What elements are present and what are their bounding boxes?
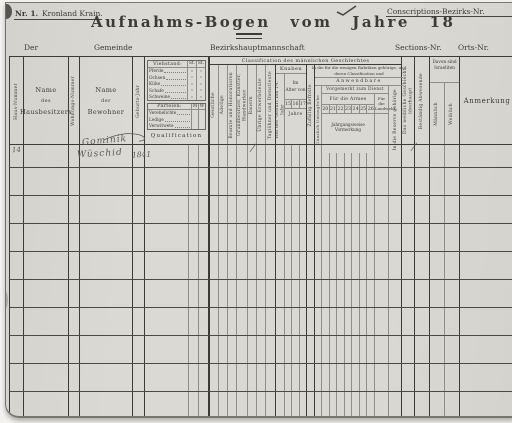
field-gemeinde: Gemeinde <box>94 43 132 52</box>
profession-label: Geistliche <box>211 92 216 118</box>
body-cell <box>430 145 444 417</box>
column-reserve: In die Reserve gehörige <box>388 86 403 417</box>
column-profession-3: Beamte und Honoratioren <box>228 65 237 417</box>
alter-von-label: Alter von <box>285 88 306 93</box>
knaben-birth-label: Von der Geburt bis 14. Jahr <box>276 76 284 144</box>
header-rule-left <box>14 19 102 20</box>
column-landwehr: Für die Landwehr <box>375 94 388 417</box>
age-cell: 25 <box>359 105 367 113</box>
hausbesitzer-line: Name <box>35 86 56 94</box>
body-cell <box>322 153 329 417</box>
column-profession-6: Übrige Erwerbsleute <box>257 65 266 417</box>
armee-row: Für die Armee 20212223242526 Jahrgangswe… <box>322 94 388 417</box>
vormerkung-main: Gänzlich Untaugliche Vorgemerkt zum Dien… <box>315 86 403 417</box>
viehstand-box-header: Viehstand: St. St. Pferde„„Ochsen„„Kühe„… <box>145 57 208 145</box>
body-cell <box>389 153 403 417</box>
abwesende-label: Beständig Abwesende <box>419 73 424 129</box>
wohnungs-nummer-body <box>69 145 79 417</box>
parteien-kind: Ledige <box>148 118 164 123</box>
age-cell: 26 <box>366 105 374 113</box>
body-cell <box>299 145 306 417</box>
reserve-header: In die Reserve gehörige <box>389 86 403 153</box>
body-cell <box>257 145 265 417</box>
viehstand-value: „ <box>187 94 196 100</box>
israeliten-main: Männlich Weiblich <box>430 83 459 417</box>
profession-header: Beamte und Honoratioren <box>228 65 236 145</box>
field-orts-nr: Orts-Nr. <box>458 43 489 52</box>
maennlich-header: Männlich <box>430 83 444 145</box>
weiblich-sub-header: Weiblich <box>445 83 459 145</box>
column-befreite: Zufällig Befreite <box>306 65 315 417</box>
handwriting-flourish <box>102 130 150 144</box>
field-bezirkshauptmannschaft: Bezirkshauptmannschaft <box>210 43 305 52</box>
israeliten-group: Davon sind Israeliten Männlich Weiblich <box>430 57 460 417</box>
armee-body <box>322 153 374 417</box>
weiblich-sub-label: Weiblich <box>449 103 454 125</box>
bewohner-body <box>80 145 132 417</box>
body-cell <box>460 145 512 417</box>
column-geburts-jahr: Geburts-Jahr <box>133 57 145 417</box>
form-title: Aufnahms-Bogen vom Jahre 18 <box>91 13 426 31</box>
body-cell <box>375 114 388 417</box>
qualification-label: Qualification <box>145 130 208 142</box>
profession-label: Beamte und Honoratioren <box>229 72 234 139</box>
body-cell <box>366 153 374 417</box>
viehstand-animal: Ochsen <box>148 76 165 81</box>
column-hausbesitzer: Name des Hausbesitzers <box>24 57 69 417</box>
im-label: Im <box>285 81 306 86</box>
viehstand-value: „ <box>196 94 205 100</box>
handwritten-haus-nr: 14 <box>12 146 21 155</box>
field-sections-nr: Sections-Nr. <box>395 43 442 52</box>
body-cell <box>359 153 367 417</box>
befreite-header: Zufällig Befreite <box>307 65 314 145</box>
israeliten-title: Davon sind Israeliten <box>430 57 459 83</box>
classification-title: Classification des männlichen Geschlecht… <box>210 57 401 65</box>
profession-label: Bauern <box>249 96 254 114</box>
dotted-leader <box>171 98 186 99</box>
sheet-number: Nr. 1. <box>15 9 38 18</box>
body-cell <box>307 145 314 417</box>
knaben-main: Von der Geburt bis 14. Jahr Im Alter von… <box>276 74 306 417</box>
profession-header: Bauern <box>248 65 256 145</box>
jahre-label: Jahre <box>285 109 306 145</box>
body-cell <box>276 145 284 417</box>
vormerkung-header: In die für die wenigen Rubriken gehörige… <box>315 65 403 78</box>
dotted-leader <box>166 79 186 80</box>
age-cell: 20 <box>322 105 329 113</box>
body-cell <box>415 145 429 417</box>
body-cell <box>145 145 188 417</box>
untaugliche-header: Gänzlich Untaugliche <box>315 86 321 153</box>
profession-header: Grundbesitzer, Künstler, Handwerker <box>237 65 247 145</box>
table-columns: Haus-Nummer Name des Hausbesitzers Wohnu… <box>10 57 512 417</box>
jahrgang-label: Jahrgangsweise Vormerkung <box>322 114 374 153</box>
parteien-table: Parteien: M W VerehelichteLedigeVerwitwe… <box>147 103 206 130</box>
column-profession-4: Grundbesitzer, Künstler, Handwerker <box>237 65 248 417</box>
age-cell: 22 <box>336 105 344 113</box>
column-viehstand-box: Viehstand: St. St. Pferde„„Ochsen„„Kühe„… <box>145 57 209 417</box>
dotted-leader <box>164 72 186 73</box>
viehstand-animal: Schweine <box>148 95 170 100</box>
haus-nummer-label: Haus-Nummer <box>14 83 19 120</box>
viehstand-rows: Pferde„„Ochsen„„Kühe„„Schafe„„Schweine„„ <box>148 68 205 100</box>
profession-header: Adelige <box>219 65 227 145</box>
viehstand-animal: Kühe <box>148 82 160 87</box>
scan-artifact <box>5 4 12 19</box>
knaben-birth-column: Von der Geburt bis 14. Jahr <box>276 74 285 417</box>
classification-body: GeistlicheAdeligeBeamte und Honoratioren… <box>210 65 401 417</box>
im-alter-von: Im Alter von <box>285 74 306 100</box>
vormerkung-line: deren Classification und <box>334 71 383 77</box>
parteien-rows: VerehelichteLedigeVerwitwete <box>148 110 205 129</box>
parteien-title: Parteien: <box>148 104 191 109</box>
profession-label: Übrige Erwerbsleute <box>258 78 263 132</box>
abwesende-header: Beständig Abwesende <box>415 57 429 145</box>
column-untaugliche: Gänzlich Untaugliche <box>315 86 322 417</box>
age-cell: 23 <box>344 105 352 113</box>
wohnungs-nummer-label: Wohnungs-Nummer <box>71 76 76 126</box>
bewohner-line: Bewohner <box>88 108 125 116</box>
landwehr-line: Landwehr <box>375 106 388 111</box>
age-cell: 16 <box>291 100 298 108</box>
hausbesitzer-line: Hausbesitzers <box>20 108 72 116</box>
body-cell <box>329 153 337 417</box>
anmerkung-header: Anmerkung <box>460 57 512 145</box>
classification-group: Classification des männlichen Geschlecht… <box>209 57 402 417</box>
column-bewohner: Name der Bewohner <box>80 57 133 417</box>
knaben-ages-column: Im Alter von 151617 Jahre <box>285 74 306 417</box>
handwritten-birth-year: 1841 <box>132 150 152 160</box>
column-profession-1: Geistliche <box>210 65 219 417</box>
dotted-leader <box>165 121 190 122</box>
dotted-leader <box>165 92 186 93</box>
parteien-kind: Verehelichte <box>148 111 176 116</box>
viehstand-animal: Pferde <box>148 69 163 74</box>
bewohner-line: Name <box>95 86 116 94</box>
column-profession-2: Adelige <box>219 65 228 417</box>
parteien-col-header: M <box>191 104 198 109</box>
haus-nummer-body <box>10 145 23 417</box>
parteien-kind: Verwitwete <box>148 124 174 129</box>
scanned-document: Nr. 1. Kronland Krain. Conscriptions-Bez… <box>0 0 512 423</box>
geburts-jahr-body <box>133 145 144 417</box>
parteien-value <box>191 123 198 129</box>
scan-artifact <box>5 291 8 309</box>
body-cell <box>228 145 236 417</box>
column-profession-5: Bauern <box>248 65 257 417</box>
parteien-col-header: W <box>198 104 205 109</box>
column-anmerkung: Anmerkung <box>460 57 512 417</box>
body-cell <box>344 153 352 417</box>
anwendbare-label: Anwendbare <box>315 78 403 86</box>
knaben-birth-header: Von der Geburt bis 14. Jahr <box>276 74 284 145</box>
age-cell: 17 <box>299 100 306 108</box>
field-der: Der <box>24 43 38 52</box>
profession-label: Adelige <box>220 95 225 114</box>
profession-header: Taglöhner und Dienstleute <box>266 65 275 145</box>
knaben-ages-row: 151617 <box>285 100 306 109</box>
age-cell: 21 <box>329 105 337 113</box>
reserve-label: In die Reserve gehörige <box>393 89 398 151</box>
body-cell <box>248 145 256 417</box>
body-cell <box>336 153 344 417</box>
viehstand-table: Viehstand: St. St. Pferde„„Ochsen„„Kühe„… <box>147 60 206 101</box>
knaben-body <box>285 145 306 417</box>
viehstand-col-header: St. <box>196 61 205 67</box>
column-wohnungs-nummer: Wohnungs-Nummer <box>69 57 80 417</box>
column-armee: Für die Armee 20212223242526 Jahrgangswe… <box>322 94 375 417</box>
hausbesitzer-header: Name des Hausbesitzers <box>24 57 68 145</box>
profession-label: Grundbesitzer, Künstler, Handwerker <box>237 67 248 143</box>
profession-header: Geistliche <box>210 65 218 145</box>
dotted-leader <box>161 85 186 86</box>
knaben-title: Knaben <box>276 65 306 74</box>
age-cell: 24 <box>351 105 359 113</box>
title-rule <box>236 33 262 39</box>
haus-nummer-header: Haus-Nummer <box>10 57 23 145</box>
parteien-value <box>198 123 205 129</box>
viehstand-col-header: St. <box>187 61 196 67</box>
body-cell <box>445 145 459 417</box>
bewohner-line: der <box>101 98 111 104</box>
wohnungs-nummer-header: Wohnungs-Nummer <box>69 57 79 145</box>
column-abwesende: Beständig Abwesende <box>415 57 430 417</box>
weiblich-label: Das weibliche Geschlecht überhaupt <box>403 60 414 142</box>
dotted-leader <box>177 114 190 115</box>
knaben-group: Knaben Von der Geburt bis 14. Jahr Im <box>275 65 306 417</box>
untaugliche-label: Gänzlich Untaugliche <box>316 95 321 145</box>
profession-header: Übrige Erwerbsleute <box>257 65 265 145</box>
body-cell <box>237 145 247 417</box>
column-profession-7: Taglöhner und Dienstleute <box>266 65 275 417</box>
vormerkung-group: In die für die wenigen Rubriken gehörige… <box>315 65 403 417</box>
landwehr-label: Für die Landwehr <box>375 94 388 114</box>
body-cell <box>188 145 198 417</box>
dotted-leader <box>175 127 190 128</box>
viehstand-header-row: Viehstand: St. St. <box>148 61 205 68</box>
paper-sheet: Nr. 1. Kronland Krain. Conscriptions-Bez… <box>5 2 512 418</box>
column-weiblich: Das weibliche Geschlecht überhaupt <box>402 57 415 417</box>
parteien-row: Verwitwete <box>148 123 205 129</box>
vorgemerkt-label: Vorgemerkt zum Dienst <box>322 86 388 94</box>
body-cell <box>315 153 321 417</box>
anmerkung-label: Anmerkung <box>464 97 511 105</box>
viehstand-title: Viehstand: <box>148 62 187 67</box>
body-cell <box>266 145 275 417</box>
column-israeliten-weiblich: Weiblich <box>445 83 459 417</box>
body-cell <box>198 145 208 417</box>
hausbesitzer-body <box>24 145 68 417</box>
body-cell <box>219 145 227 417</box>
viehstand-animal: Schafe <box>148 89 164 94</box>
body-cell <box>210 145 218 417</box>
body-cell <box>291 145 298 417</box>
viehstand-row: Schweine„„ <box>148 94 205 100</box>
armee-label: Für die Armee <box>322 94 374 105</box>
column-israeliten-maennlich: Männlich <box>430 83 445 417</box>
weiblich-header: Das weibliche Geschlecht überhaupt <box>402 57 414 145</box>
viehstand-box-body <box>145 145 208 417</box>
vormerkung-center: Vorgemerkt zum Dienst Für die Armee 2021… <box>322 86 388 417</box>
body-cell <box>402 145 414 417</box>
armee-ages-row: 20212223242526 <box>322 105 374 114</box>
maennlich-label: Männlich <box>434 102 439 126</box>
geburts-jahr-label: Geburts-Jahr <box>136 85 141 118</box>
befreite-label: Zufällig Befreite <box>308 84 313 126</box>
landwehr-line: Für die <box>375 96 388 106</box>
hausbesitzer-line: des <box>41 98 51 104</box>
body-cell <box>351 153 359 417</box>
profession-columns: GeistlicheAdeligeBeamte und Honoratioren… <box>210 65 275 417</box>
form-table: Haus-Nummer Name des Hausbesitzers Wohnu… <box>9 56 512 417</box>
profession-label: Taglöhner und Dienstleute <box>268 71 273 139</box>
